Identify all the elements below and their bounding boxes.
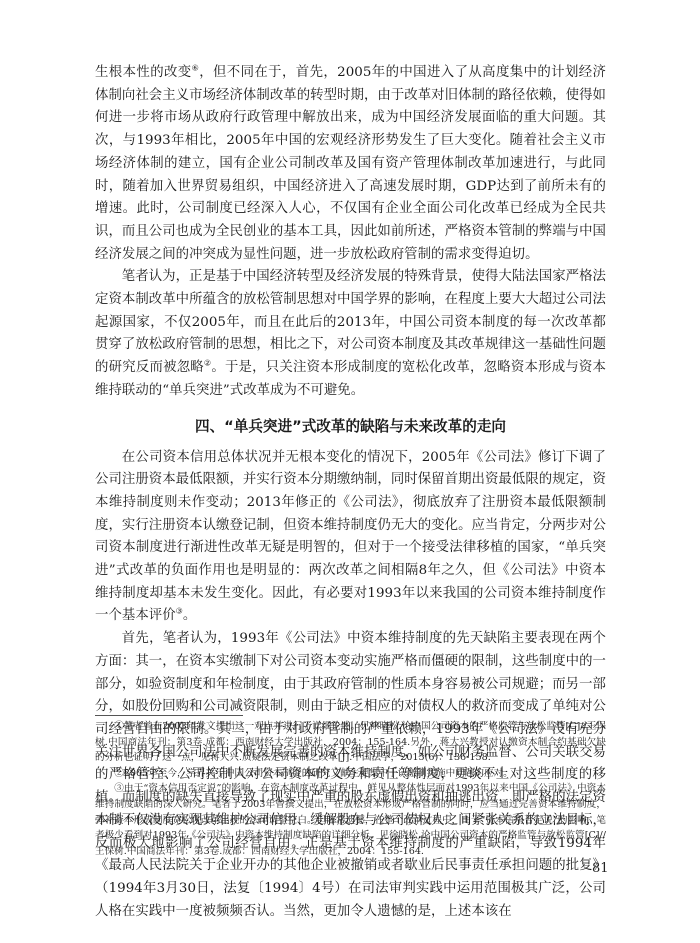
paragraph-continuation: 生根本性的改变⑥，但不同在于，首先，2005年的中国进入了从高度集中的计划经济体… [95,62,606,266]
paragraph: 在公司资本信用总体状况并无根本变化的情况下，2005年《公司法》修订下调了公司注… [95,447,606,629]
footnote-3: ③由于“资本信用否定说”的影响，在资本制度改革过程中，鲜见从整体性层面对1993… [95,781,606,859]
footnote-2: ②2005年至今，学界关于中国公司资本制度的研究文献主要集中于认缴制实施中问题的… [95,766,606,782]
footnote-reference[interactable]: ③ [176,607,183,616]
footnote-marker: ② [114,768,124,779]
paragraph: 笔者认为，正是基于中国经济转型及经济发展的特殊背景，使得大陆法国家严格法定资本制… [95,266,606,402]
document-page: 生根本性的改变⑥，但不同在于，首先，2005年的中国进入了从高度集中的计划经济体… [0,0,700,943]
footnote-1: ①笔者曾在2003年发文提出这一观点并进行了详细论述。见徐晓松.论中国公司资本的… [95,719,606,766]
paragraph-text: 生根本性的改变 [95,65,192,80]
footnotes-section: ①笔者曾在2003年发文提出这一观点并进行了详细论述。见徐晓松.论中国公司资本的… [95,719,606,859]
paragraph-text: 在公司资本信用总体状况并无根本变化的情况下，2005年《公司法》修订下调了公司注… [95,450,606,624]
footnote-marker: ① [114,721,124,732]
paragraph-text: 。 [183,608,196,623]
footnote-text: 由于“资本信用否定说”的影响，在资本制度改革过程中，鲜见从整体性层面对1993年… [95,783,606,856]
footnote-divider [95,715,243,716]
footnote-text: 笔者曾在2003年发文提出这一观点并进行了详细论述。见徐晓松.论中国公司资本的严… [95,721,606,763]
footnote-text: 2005年至今，学界关于中国公司资本制度的研究文献主要集中于认缴制实施中问题的应… [124,768,513,779]
page-number: 81 [592,861,609,876]
paragraph-text: ，但不同在于，首先，2005年的中国进入了从高度集中的计划经济体制向社会主义市场… [95,65,606,262]
footnote-marker: ③ [114,783,124,794]
section-heading: 四、“单兵突进”式改革的缺陷与未来改革的走向 [95,414,606,440]
